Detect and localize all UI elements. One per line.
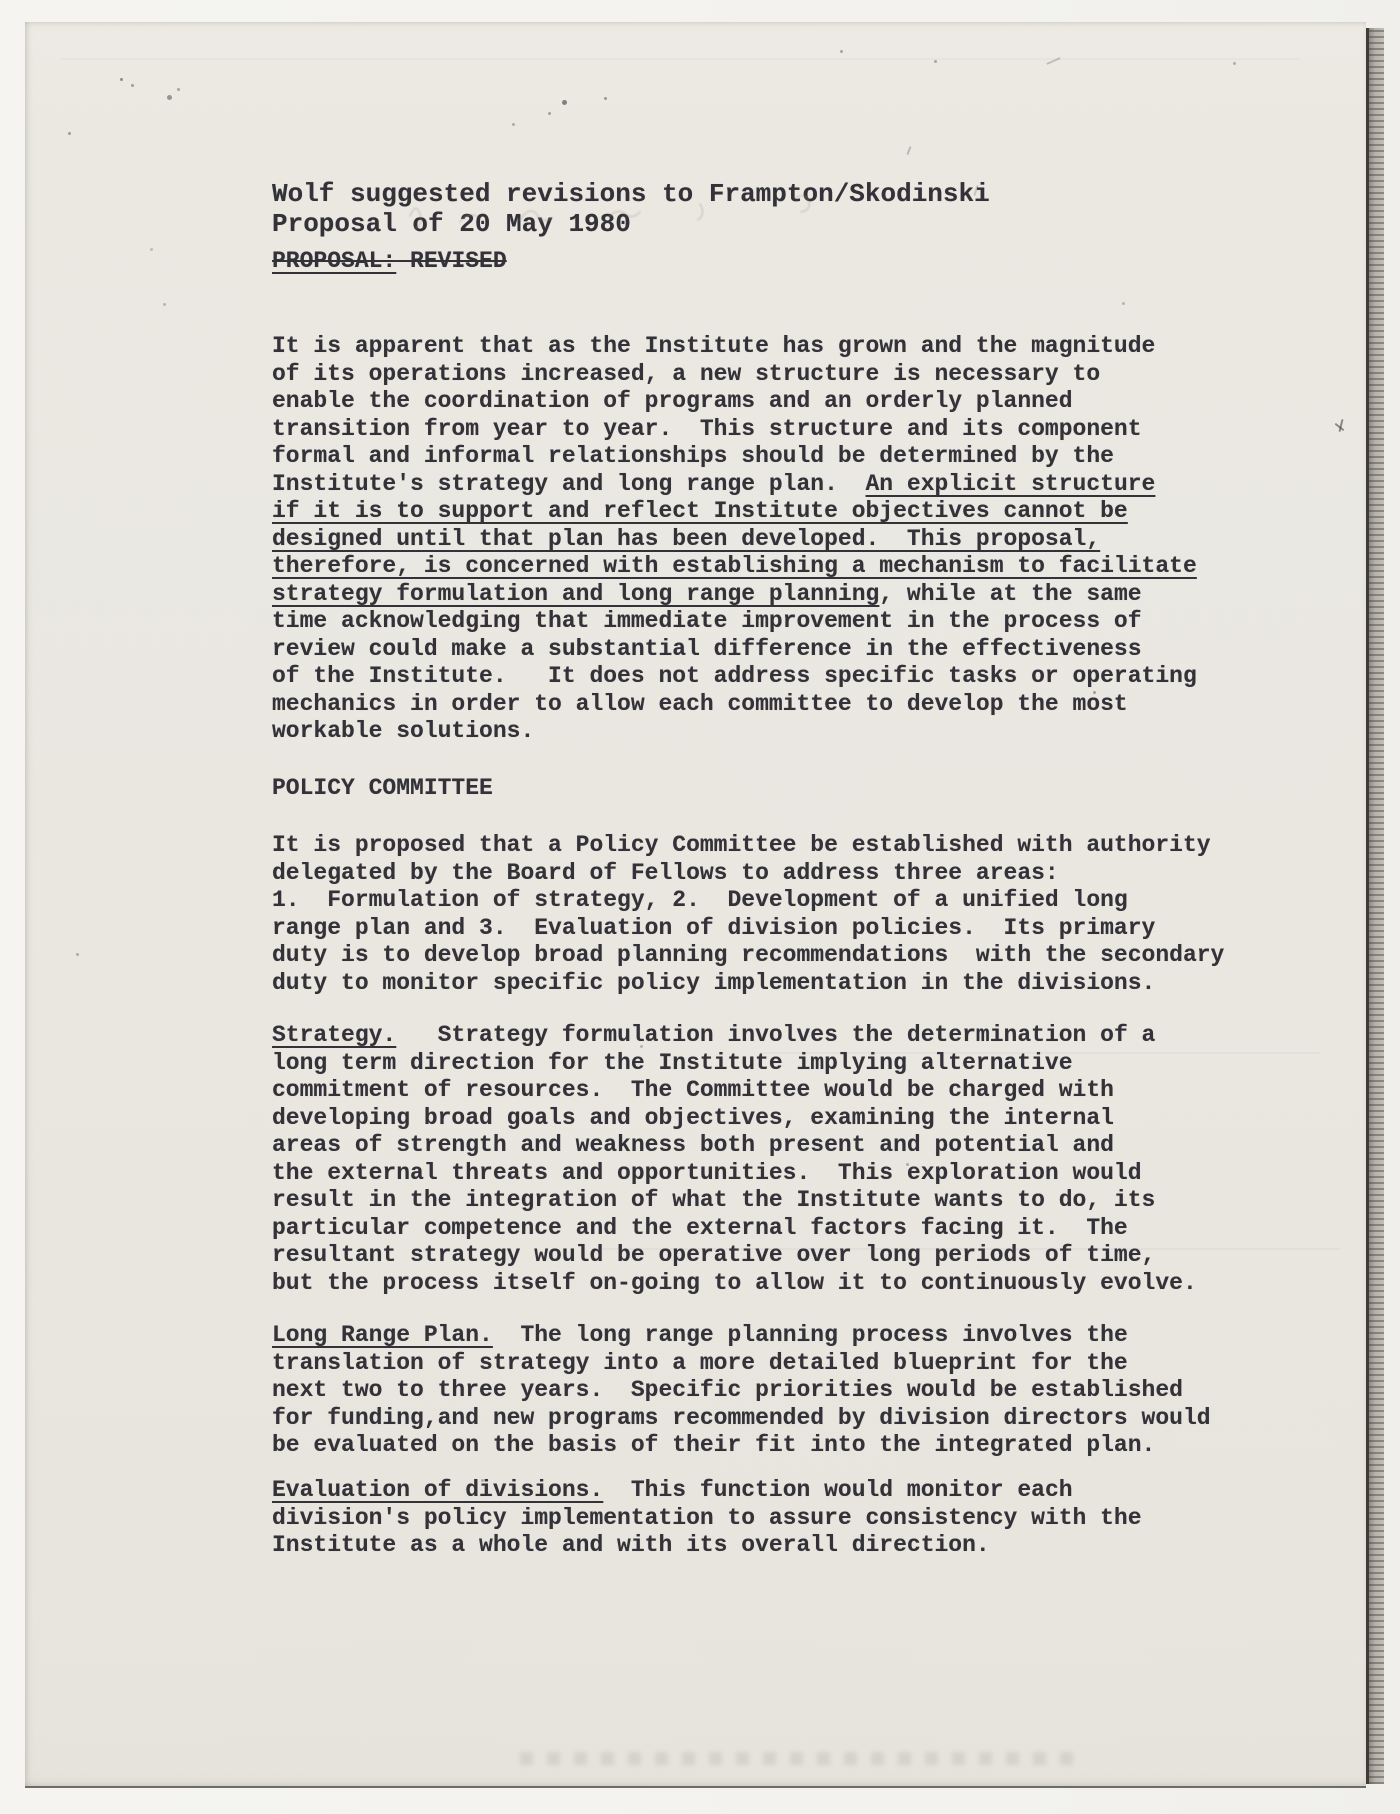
long-range-plan-paragraph: Long Range Plan. The long range planning… — [272, 1322, 1211, 1460]
scan-edge-strip — [1366, 28, 1384, 1784]
scanned-document: Wolf suggested revisions to Frampton/Sko… — [0, 0, 1400, 1814]
fold-line-artifact — [600, 1248, 1340, 1250]
intro-paragraph: It is apparent that as the Institute has… — [272, 333, 1197, 746]
typewritten-text-layer: Wolf suggested revisions to Frampton/Sko… — [25, 22, 1366, 1786]
fold-line-artifact — [760, 1052, 1320, 1054]
evaluation-of-divisions-paragraph: Evaluation of divisions. This function w… — [272, 1477, 1142, 1560]
pencil-scribble-artifact — [400, 186, 860, 238]
scanned-page: Wolf suggested revisions to Frampton/Sko… — [25, 22, 1366, 1788]
ink-specks-artifact — [0, 0, 3, 3]
strategy-paragraph: Strategy. Strategy formulation involves … — [272, 1022, 1197, 1297]
struck-heading: PROPOSAL: REVISED — [272, 248, 507, 276]
policy-committee-paragraph: It is proposed that a Policy Committee b… — [272, 832, 1224, 997]
section-heading-policy-committee: POLICY COMMITTEE — [272, 775, 493, 803]
fold-line-artifact — [60, 58, 1300, 60]
ghost-text-artifact — [520, 1752, 1080, 1765]
